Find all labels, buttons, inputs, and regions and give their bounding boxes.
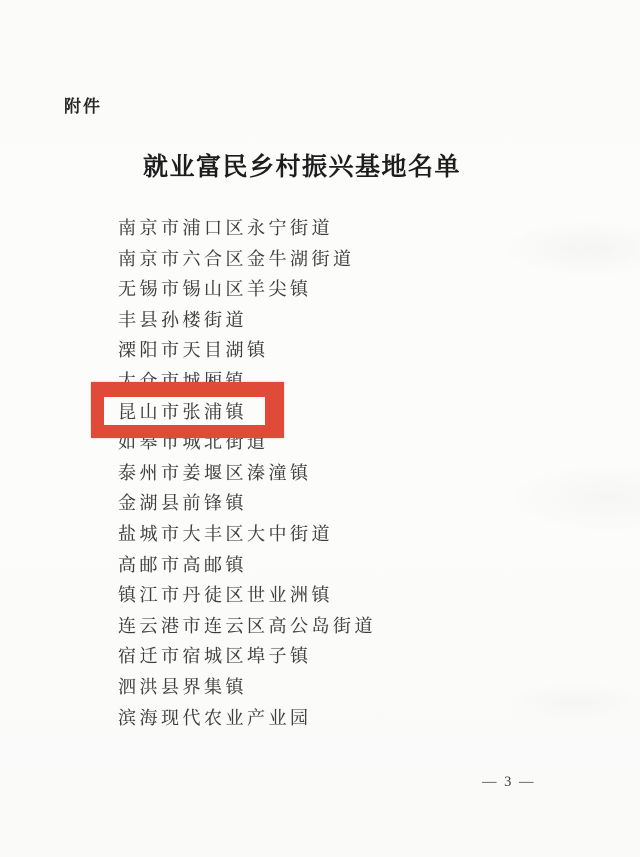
- list-item: 盐城市大丰区大中街道: [118, 519, 376, 550]
- list-item: 丰县孙楼街道: [118, 305, 376, 336]
- document-page: 附件 就业富民乡村振兴基地名单 南京市浦口区永宁街道南京市六合区金牛湖街道无锡市…: [0, 0, 640, 857]
- list-item: 无锡市锡山区羊尖镇: [118, 274, 376, 305]
- page-number: — 3 —: [482, 774, 536, 791]
- list-item: 南京市六合区金牛湖街道: [118, 244, 376, 275]
- list-item: 泗洪县界集镇: [118, 672, 376, 703]
- list-item: 泰州市姜堰区溱潼镇: [118, 458, 376, 489]
- list-item: 连云港市连云区高公岛街道: [118, 611, 376, 642]
- base-list: 南京市浦口区永宁街道南京市六合区金牛湖街道无锡市锡山区羊尖镇丰县孙楼街道溧阳市天…: [118, 213, 376, 733]
- highlight-annotation-box: [91, 382, 284, 438]
- list-item: 滨海现代农业产业园: [118, 703, 376, 734]
- list-item: 宿迁市宿城区埠子镇: [118, 641, 376, 672]
- list-item: 高邮市高邮镇: [118, 550, 376, 581]
- list-item: 溧阳市天目湖镇: [118, 335, 376, 366]
- list-item: 南京市浦口区永宁街道: [118, 213, 376, 244]
- attachment-label: 附件: [64, 92, 102, 117]
- list-item: 镇江市丹徒区世业洲镇: [118, 580, 376, 611]
- page-title: 就业富民乡村振兴基地名单: [0, 147, 622, 183]
- list-item: 金湖县前锋镇: [118, 488, 376, 519]
